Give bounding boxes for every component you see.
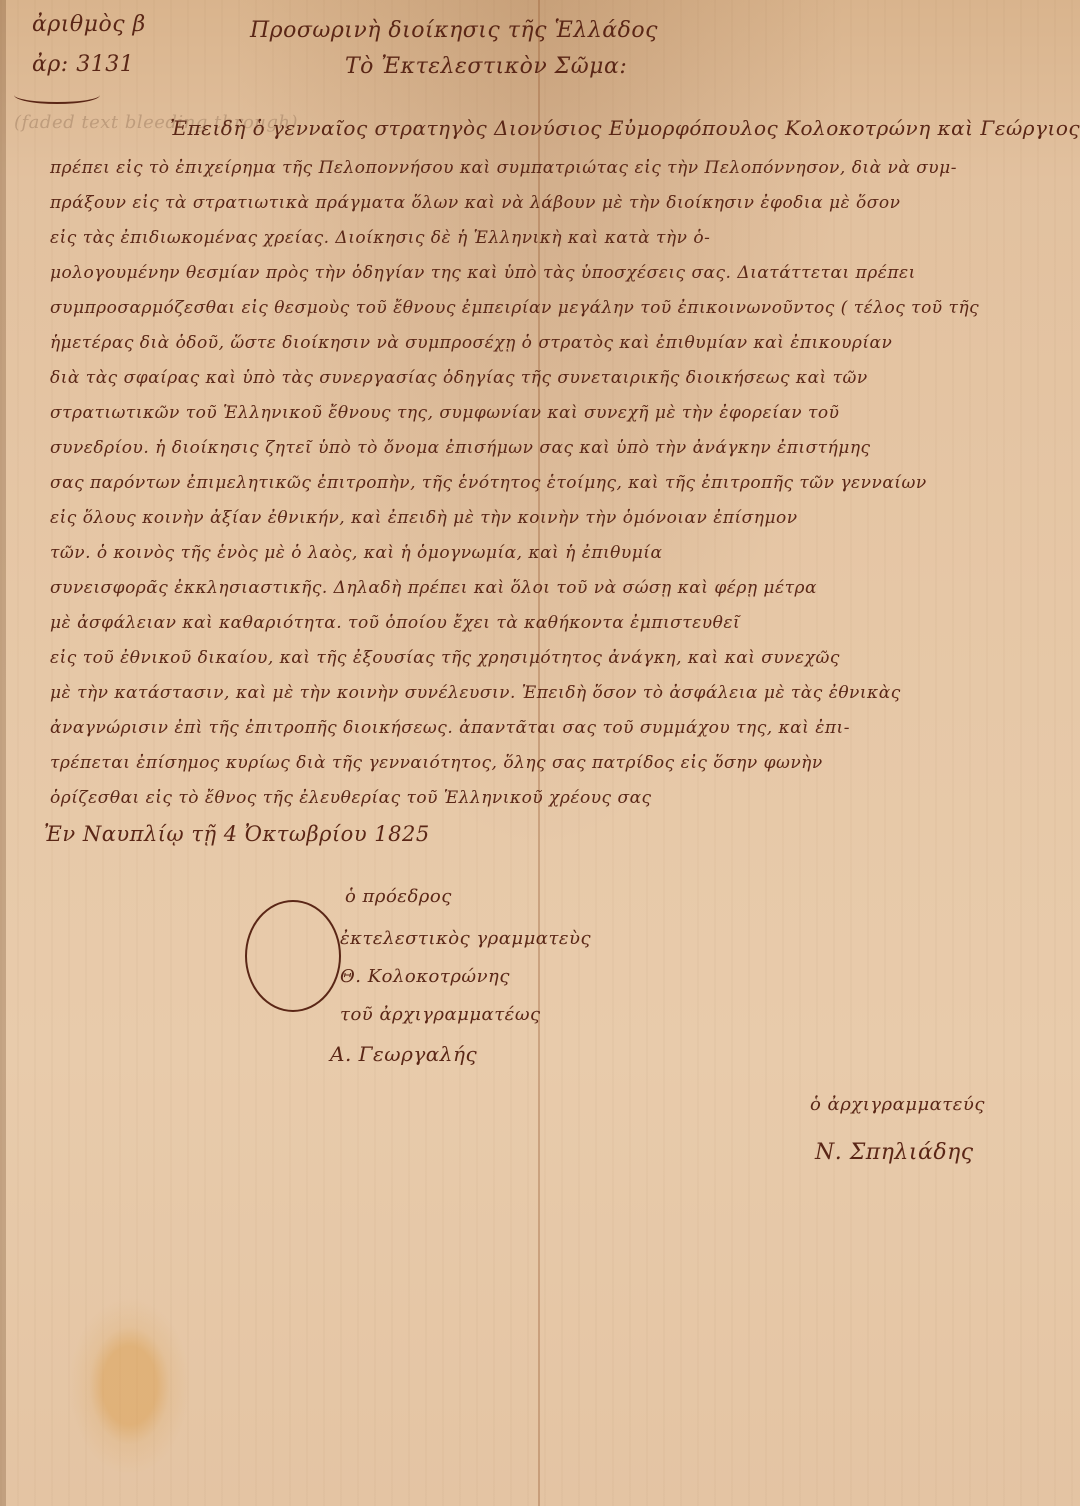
date-line: Ἐν Ναυπλίῳ τῇ 4 Ὀκτωβρίου 1825: [44, 822, 430, 846]
closing-line-4: τοῦ ἀρχιγραμματέως: [340, 1004, 541, 1025]
body-line: εἰς τὰς ἐπιδιωκομένας χρείας. Διοίκησις …: [50, 228, 710, 248]
body-line: μὲ ἀσφάλειαν καὶ καθαριότητα. τοῦ ὁποίου…: [50, 613, 740, 633]
body-line: συμπροσαρμόζεσθαι εἰς θεσμοὺς τοῦ ἔθνους…: [50, 298, 979, 318]
reference-brace: [14, 86, 100, 104]
body-line: σας παρόντων ἐπιμελητικῶς ἐπιτροπὴν, τῆς…: [50, 473, 927, 493]
body-line: ἡμετέρας διὰ ὁδοῦ, ὥστε διοίκησιν νὰ συμ…: [50, 333, 892, 353]
body-line: συνεδρίου. ἡ διοίκησις ζητεῖ ὑπὸ τὸ ὄνομ…: [50, 438, 871, 458]
closing-line-3: Θ. Κολοκοτρώνης: [340, 966, 510, 987]
secretary-note: ὁ ἀρχιγραμματεύς: [810, 1094, 985, 1115]
body-line: συνεισφορᾶς ἐκκλησιαστικῆς. Δηλαδὴ πρέπε…: [50, 578, 817, 598]
body-line: τρέπεται ἐπίσημος κυρίως διὰ τῆς γενναιό…: [50, 753, 823, 773]
body-line: διὰ τὰς σφαίρας καὶ ὑπὸ τὰς συνεργασίας …: [50, 368, 868, 388]
body-line: πράξουν εἰς τὰ στρατιωτικὰ πράγματα ὅλων…: [50, 193, 900, 213]
closing-line-2: ἐκτελεστικὸς γραμματεὺς: [340, 928, 591, 949]
body-line: πρέπει εἰς τὸ ἐπιχείρημα τῆς Πελοποννήσο…: [50, 158, 957, 178]
reference-line-1: ἀριθμὸς β: [32, 12, 146, 37]
body-line: εἰς τοῦ ἐθνικοῦ δικαίου, καὶ τῆς ἐξουσία…: [50, 648, 840, 668]
body-line: μὲ τὴν κατάστασιν, καὶ μὲ τὴν κοινὴν συν…: [50, 683, 901, 703]
document-heading: Προσωρινὴ διοίκησις τῆς Ἑλλάδος: [250, 18, 658, 43]
paper-edge: [0, 0, 6, 1506]
body-line: μολογουμένην θεσμίαν πρὸς τὴν ὁδηγίαν τη…: [50, 263, 916, 283]
document-subheading: Τὸ Ἐκτελεστικὸν Σῶμα:: [345, 54, 627, 79]
body-line: ὁρίζεσθαι εἰς τὸ ἔθνος τῆς ἐλευθερίας το…: [50, 788, 652, 808]
body-line: στρατιωτικῶν τοῦ Ἑλληνικοῦ ἔθνους της, σ…: [50, 403, 839, 423]
body-line: ἀναγνώρισιν ἐπὶ τῆς ἐπιτροπῆς διοικήσεως…: [50, 718, 850, 738]
reference-number: ἀρ: 3131: [32, 52, 134, 77]
closing-line-1: ὁ πρόεδρος: [345, 886, 452, 907]
body-line: τῶν. ὁ κοινὸς τῆς ἑνὸς μὲ ὁ λαὸς, καὶ ἡ …: [50, 543, 662, 563]
body-line: εἰς ὅλους κοινὴν ἀξίαν ἐθνικήν, καὶ ἐπει…: [50, 508, 798, 528]
closing-line-5: Α. Γεωργαλής: [330, 1042, 477, 1066]
body-line: Ἐπειδὴ ὁ γενναῖος στρατηγὸς Διονύσιος Εὐ…: [170, 116, 1080, 140]
seal-circle: [245, 900, 341, 1012]
signature: Ν. Σπηλιάδης: [815, 1140, 974, 1165]
